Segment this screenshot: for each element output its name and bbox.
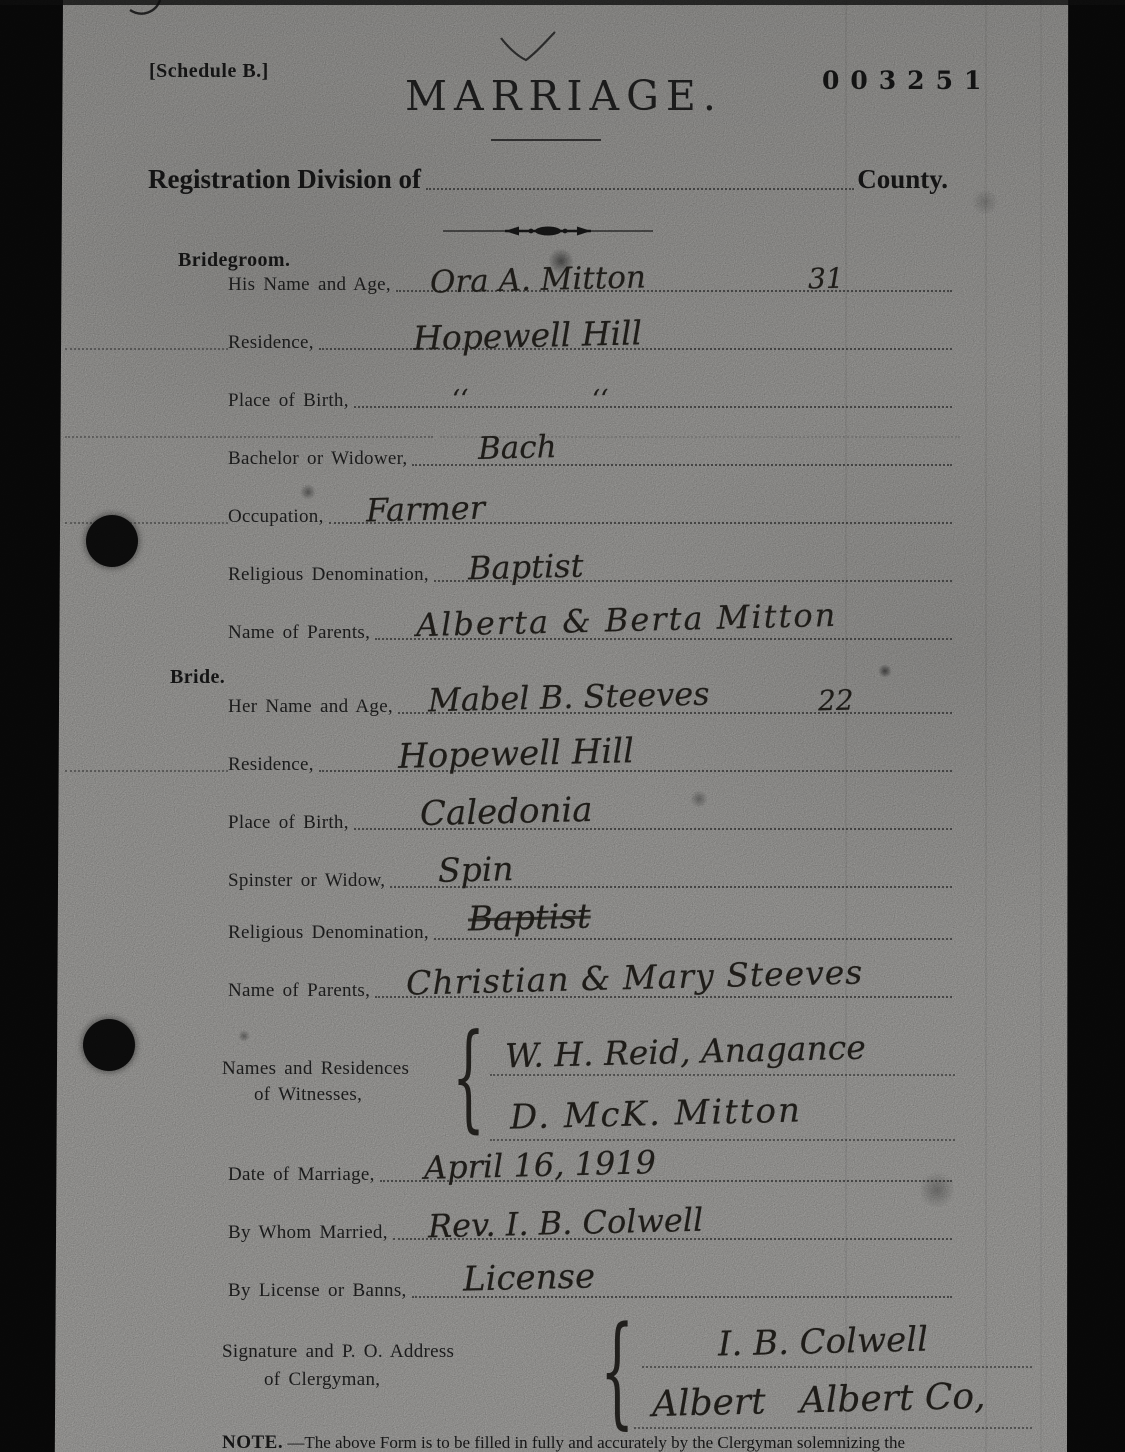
- bridegroom-birthplace-ditto: ‘‘: [452, 385, 469, 415]
- divider-ornament: [443, 222, 653, 240]
- witness-fill-line: [490, 1074, 955, 1076]
- registration-division-label: Registration Division of: [148, 164, 421, 197]
- registration-division-fill-line: [426, 188, 854, 190]
- license-entry: License: [463, 1256, 596, 1299]
- witnesses-label-line1: Names and Residences: [222, 1058, 409, 1080]
- bride-age-entry: 22: [818, 684, 854, 718]
- bride-name-entry: Mabel B. Steeves: [428, 675, 710, 720]
- registration-division-row: Registration Division of County.: [148, 164, 948, 197]
- film-border-top: [0, 0, 1125, 5]
- bridegroom-birthplace-ditto: ‘‘: [592, 385, 609, 415]
- officiant-entry: Rev. I. B. Colwell: [428, 1201, 704, 1246]
- witnesses-brace: {: [452, 1018, 485, 1134]
- field-bridegroom-birthplace: Place of Birth,: [65, 381, 955, 415]
- title-underline: [491, 139, 601, 141]
- field-bridegroom-occupation: Occupation,: [65, 497, 955, 531]
- fold-line: [1040, 0, 1042, 1452]
- bride-status-entry: Spin: [438, 849, 514, 890]
- clergyman-signature-entry: I. B. Colwell: [718, 1319, 929, 1364]
- clergyman-address-entry: Albert Albert Co,: [652, 1376, 986, 1425]
- clergyman-fill-line: [642, 1366, 1032, 1368]
- film-border-left: [0, 0, 63, 1452]
- fold-line: [985, 0, 987, 1452]
- witness-entry-2: D. McK. Mitton: [510, 1090, 803, 1137]
- witnesses-label-line2: of Witnesses,: [254, 1084, 362, 1106]
- officiant-label: By Whom Married,: [228, 1222, 388, 1247]
- scanned-marriage-registration-form: [Schedule B.] MARRIAGE. 003251 Registrat…: [0, 0, 1125, 1452]
- bridegroom-name-entry: Ora A. Mitton: [430, 259, 647, 300]
- note-label: NOTE.: [222, 1432, 283, 1452]
- punch-hole: [86, 515, 138, 567]
- bride-parents-label: Name of Parents,: [228, 980, 370, 1005]
- form-title: MARRIAGE.: [405, 72, 723, 120]
- punch-hole: [83, 1019, 135, 1071]
- bridegroom-religion-entry: Baptist: [468, 547, 584, 588]
- schedule-label: [Schedule B.]: [149, 60, 269, 83]
- lead-dots: [65, 522, 228, 524]
- bride-birthplace-label: Place of Birth,: [228, 812, 349, 837]
- lead-dots: [65, 770, 228, 772]
- bridegroom-status-label: Bachelor or Widower,: [228, 448, 407, 473]
- bridegroom-residence-entry: Hopewell Hill: [413, 313, 643, 358]
- clergyman-label-line1: Signature and P. O. Address: [222, 1341, 454, 1363]
- blank-rule: [65, 436, 433, 438]
- witness-fill-line: [490, 1139, 955, 1141]
- bride-status-label: Spinster or Widow,: [228, 870, 385, 895]
- bride-residence-entry: Hopewell Hill: [398, 731, 635, 777]
- bride-religion-label: Religious Denomination,: [228, 922, 429, 947]
- county-label: County.: [857, 164, 948, 197]
- bridegroom-occupation-label: Occupation,: [228, 506, 324, 531]
- bridegroom-religion-label: Religious Denomination,: [228, 564, 429, 589]
- serial-number-stamp: 003251: [822, 66, 992, 95]
- bridegroom-age-entry: 31: [808, 262, 844, 296]
- bride-religion-entry: Baptist: [468, 897, 592, 940]
- bridegroom-name-label: His Name and Age,: [228, 274, 391, 299]
- clergyman-brace: {: [600, 1312, 634, 1433]
- bride-residence-label: Residence,: [228, 754, 314, 779]
- checkmark-annotation: [495, 30, 565, 66]
- clergyman-label-line2: of Clergyman,: [264, 1369, 380, 1391]
- speck: [238, 1030, 250, 1042]
- bridegroom-residence-label: Residence,: [228, 332, 314, 357]
- form-note: NOTE. —The above Form is to be filled in…: [222, 1432, 1052, 1452]
- marriage-date-label: Date of Marriage,: [228, 1164, 375, 1189]
- speck: [878, 664, 892, 678]
- bridegroom-parents-label: Name of Parents,: [228, 622, 370, 647]
- film-border-right: [1067, 0, 1125, 1452]
- clergyman-fill-line: [634, 1427, 1032, 1429]
- fill-line: [354, 406, 952, 408]
- marriage-date-entry: April 16, 1919: [424, 1143, 657, 1187]
- bride-birthplace-entry: Caledonia: [420, 790, 593, 834]
- bridegroom-birthplace-label: Place of Birth,: [228, 390, 349, 415]
- bride-name-label: Her Name and Age,: [228, 696, 393, 721]
- bridegroom-occupation-entry: Farmer: [366, 489, 486, 530]
- witness-entry-1: W. H. Reid, Anagance: [505, 1028, 867, 1076]
- lead-dots: [65, 348, 228, 350]
- bride-section-heading: Bride.: [170, 666, 225, 689]
- license-label: By License or Banns,: [228, 1280, 407, 1305]
- bridegroom-status-entry: Bach: [478, 429, 557, 467]
- note-text: —The above Form is to be filled in fully…: [283, 1433, 905, 1452]
